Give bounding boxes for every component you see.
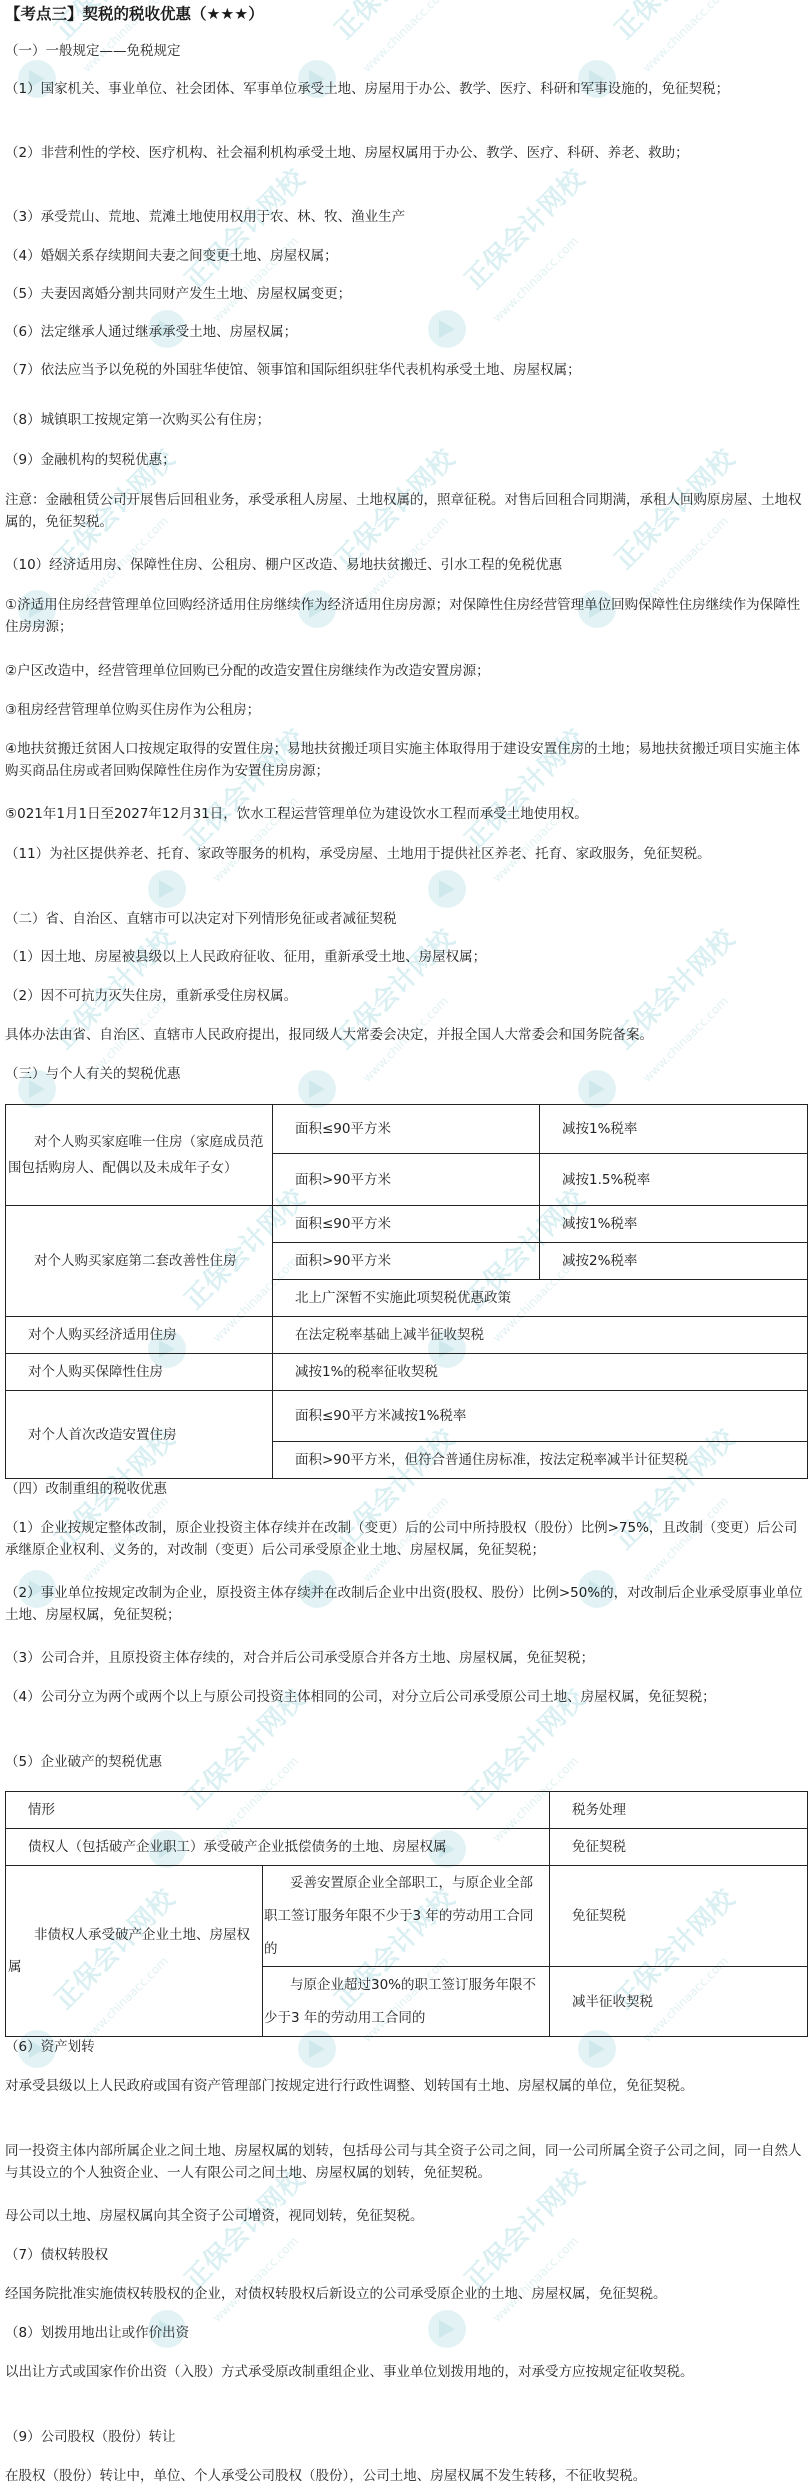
paragraph: ④地扶贫搬迁贫困人口按规定取得的安置住房；易地扶贫搬迁项目实施主体取得用于建设安… [5, 738, 805, 782]
table-header-case: 情形 [6, 1792, 550, 1829]
table-cell: 减按2%税率 [540, 1243, 808, 1280]
paragraph: （6）资产划转 [5, 2036, 805, 2058]
page-title: 【考点三】契税的税收优惠（★★★） [5, 2, 264, 26]
paragraph: （1）国家机关、事业单位、社会团体、军事单位承受土地、房屋用于办公、教学、医疗、… [5, 78, 805, 100]
table-cell: 免征契税 [550, 1866, 808, 1967]
paragraph: ⑤021年1月1日至2027年12月31日，饮水工程运营管理单位为建设饮水工程而… [5, 803, 805, 825]
paragraph: 母公司以土地、房屋权属向其全资子公司增资，视同划转，免征契税。 [5, 2205, 805, 2227]
paragraph: 具体办法由省、自治区、直辖市人民政府提出，报同级人大常委会决定，并报全国人大常委… [5, 1024, 805, 1046]
paragraph: （7）债权转股权 [5, 2244, 805, 2266]
paragraph: （1）企业按规定整体改制，原企业投资主体存续并在改制（变更）后的公司中所持股权（… [5, 1517, 805, 1561]
table-cell: 减半征收契税 [550, 1967, 808, 2037]
table-cell-label: 对个人购买家庭唯一住房（家庭成员范围包括购房人、配偶以及未成年子女） [6, 1105, 273, 1206]
paragraph: （4）公司分立为两个或两个以上与原公司投资主体相同的公司，对分立后公司承受原公司… [5, 1686, 805, 1708]
paragraph: 以出让方式或国家作价出资（入股）方式承受原改制重组企业、事业单位划拨用地的，对承… [5, 2361, 805, 2383]
table-cell-label: 对个人购买家庭第二套改善性住房 [6, 1206, 273, 1317]
bankruptcy-table: 情形 税务处理 债权人（包括破产企业职工）承受破产企业抵偿债务的土地、房屋权属 … [5, 1791, 808, 2037]
table-cell: 减按1%税率 [540, 1105, 808, 1154]
paragraph: 同一投资主体内部所属企业之间土地、房屋权属的划转，包括母公司与其全资子公司之间，… [5, 2140, 805, 2184]
table-cell-note: 北上广深暂不实施此项契税优惠政策 [273, 1280, 808, 1317]
table-cell: 减按1.5%税率 [540, 1154, 808, 1206]
paragraph: 经国务院批准实施债权转股权的企业，对债权转股权后新设立的公司承受原企业的土地、房… [5, 2283, 805, 2305]
paragraph: （8）城镇职工按规定第一次购买公有住房； [5, 409, 805, 431]
table-cell: 免征契税 [550, 1829, 808, 1866]
paragraph: （9）金融机构的契税优惠； [5, 449, 805, 471]
table-cell-label: 对个人首次改造安置住房 [6, 1391, 273, 1479]
paragraph: （7）依法应当予以免税的外国驻华使馆、领事馆和国际组织驻华代表机构承受土地、房屋… [5, 359, 805, 381]
table-cell-label: 非债权人承受破产企业土地、房屋权属 [6, 1866, 263, 2037]
paragraph: ①济适用住房经营管理单位回购经济适用住房继续作为经济适用住房房源；对保障性住房经… [5, 594, 805, 638]
paragraph: （2）非营利性的学校、医疗机构、社会福利机构承受土地、房屋权属用于办公、教学、医… [5, 142, 805, 164]
table-cell-label: 对个人购买保障性住房 [6, 1354, 273, 1391]
paragraph: （5）企业破产的契税优惠 [5, 1751, 805, 1773]
table-cell: 债权人（包括破产企业职工）承受破产企业抵偿债务的土地、房屋权属 [6, 1829, 550, 1866]
watermark-logo-icon: 正保会计网校www.chinaacc.com [420, 800, 610, 970]
section-heading-provincial: （二）省、自治区、直辖市可以决定对下列情形免征或者减征契税 [5, 908, 805, 930]
table-header-tax: 税务处理 [550, 1792, 808, 1829]
paragraph: （3）公司合并，且原投资主体存续的，对合并后公司承受原合并各方土地、房屋权属，免… [5, 1647, 805, 1669]
paragraph: （11）为社区提供养老、托育、家政等服务的机构，承受房屋、土地用于提供社区养老、… [5, 843, 805, 865]
table-cell: 与原企业超过30%的职工签订服务年限不少于3 年的劳动用工合同的 [263, 1967, 550, 2037]
paragraph: （3）承受荒山、荒地、荒滩土地使用权用于农、林、牧、渔业生产 [5, 206, 805, 228]
paragraph: （8）划拨用地出让或作价出资 [5, 2322, 805, 2344]
table-cell: 在法定税率基础上减半征收契税 [273, 1317, 808, 1354]
table-cell: 面积>90平方米，但符合普通住房标准，按法定税率减半计征契税 [273, 1442, 808, 1479]
paragraph: （2）因不可抗力灭失住房，重新承受住房权属。 [5, 985, 805, 1007]
paragraph: （4）婚姻关系存续期间夫妻之间变更土地、房屋权属； [5, 245, 805, 267]
paragraph: （2）事业单位按规定改制为企业，原投资主体存续并在改制后企业中出资(股权、股份）… [5, 1582, 805, 1626]
section-heading-general: （一）一般规定——免税规定 [5, 40, 805, 62]
individual-relief-table: 对个人购买家庭唯一住房（家庭成员范围包括购房人、配偶以及未成年子女） 面积≤90… [5, 1104, 808, 1479]
table-cell: 面积>90平方米 [273, 1154, 540, 1206]
table-cell: 面积>90平方米 [273, 1243, 540, 1280]
watermark-logo-icon: 正保会计网校www.chinaacc.com [140, 800, 330, 970]
paragraph: 在股权（股份）转让中，单位、个人承受公司股权（股份），公司土地、房屋权属不发生转… [5, 2465, 805, 2487]
paragraph: 对承受县级以上人民政府或国有资产管理部门按规定进行行政性调整、划转国有土地、房屋… [5, 2075, 805, 2097]
section-heading-individual: （三）与个人有关的契税优惠 [5, 1063, 805, 1085]
table-cell: 面积≤90平方米 [273, 1105, 540, 1154]
paragraph: （6）法定继承人通过继承承受土地、房屋权属； [5, 321, 805, 343]
table-cell: 面积≤90平方米 [273, 1206, 540, 1243]
table-cell: 减按1%税率 [540, 1206, 808, 1243]
paragraph: （1）因土地、房屋被县级以上人民政府征收、征用，重新承受土地、房屋权属； [5, 946, 805, 968]
table-cell: 面积≤90平方米减按1%税率 [273, 1391, 808, 1442]
table-cell-label: 对个人购买经济适用住房 [6, 1317, 273, 1354]
table-cell: 妥善安置原企业全部职工，与原企业全部职工签订服务年限不少于3 年的劳动用工合同的 [263, 1866, 550, 1967]
paragraph: （10）经济适用房、保障性住房、公租房、棚户区改造、易地扶贫搬迁、引水工程的免税… [5, 554, 805, 576]
paragraph: ②户区改造中，经营管理单位回购已分配的改造安置住房继续作为改造安置房源； [5, 660, 805, 682]
table-cell: 减按1%的税率征收契税 [273, 1354, 808, 1391]
paragraph: （9）公司股权（股份）转让 [5, 2426, 805, 2448]
paragraph: ③租房经营管理单位购买住房作为公租房； [5, 699, 805, 721]
section-heading-restructuring: （四）改制重组的税收优惠 [5, 1478, 805, 1500]
note-paragraph: 注意：金融租赁公司开展售后回租业务，承受承租人房屋、土地权属的，照章征税。对售后… [5, 489, 805, 533]
paragraph: （5）夫妻因离婚分割共同财产发生土地、房屋权属变更； [5, 283, 805, 305]
